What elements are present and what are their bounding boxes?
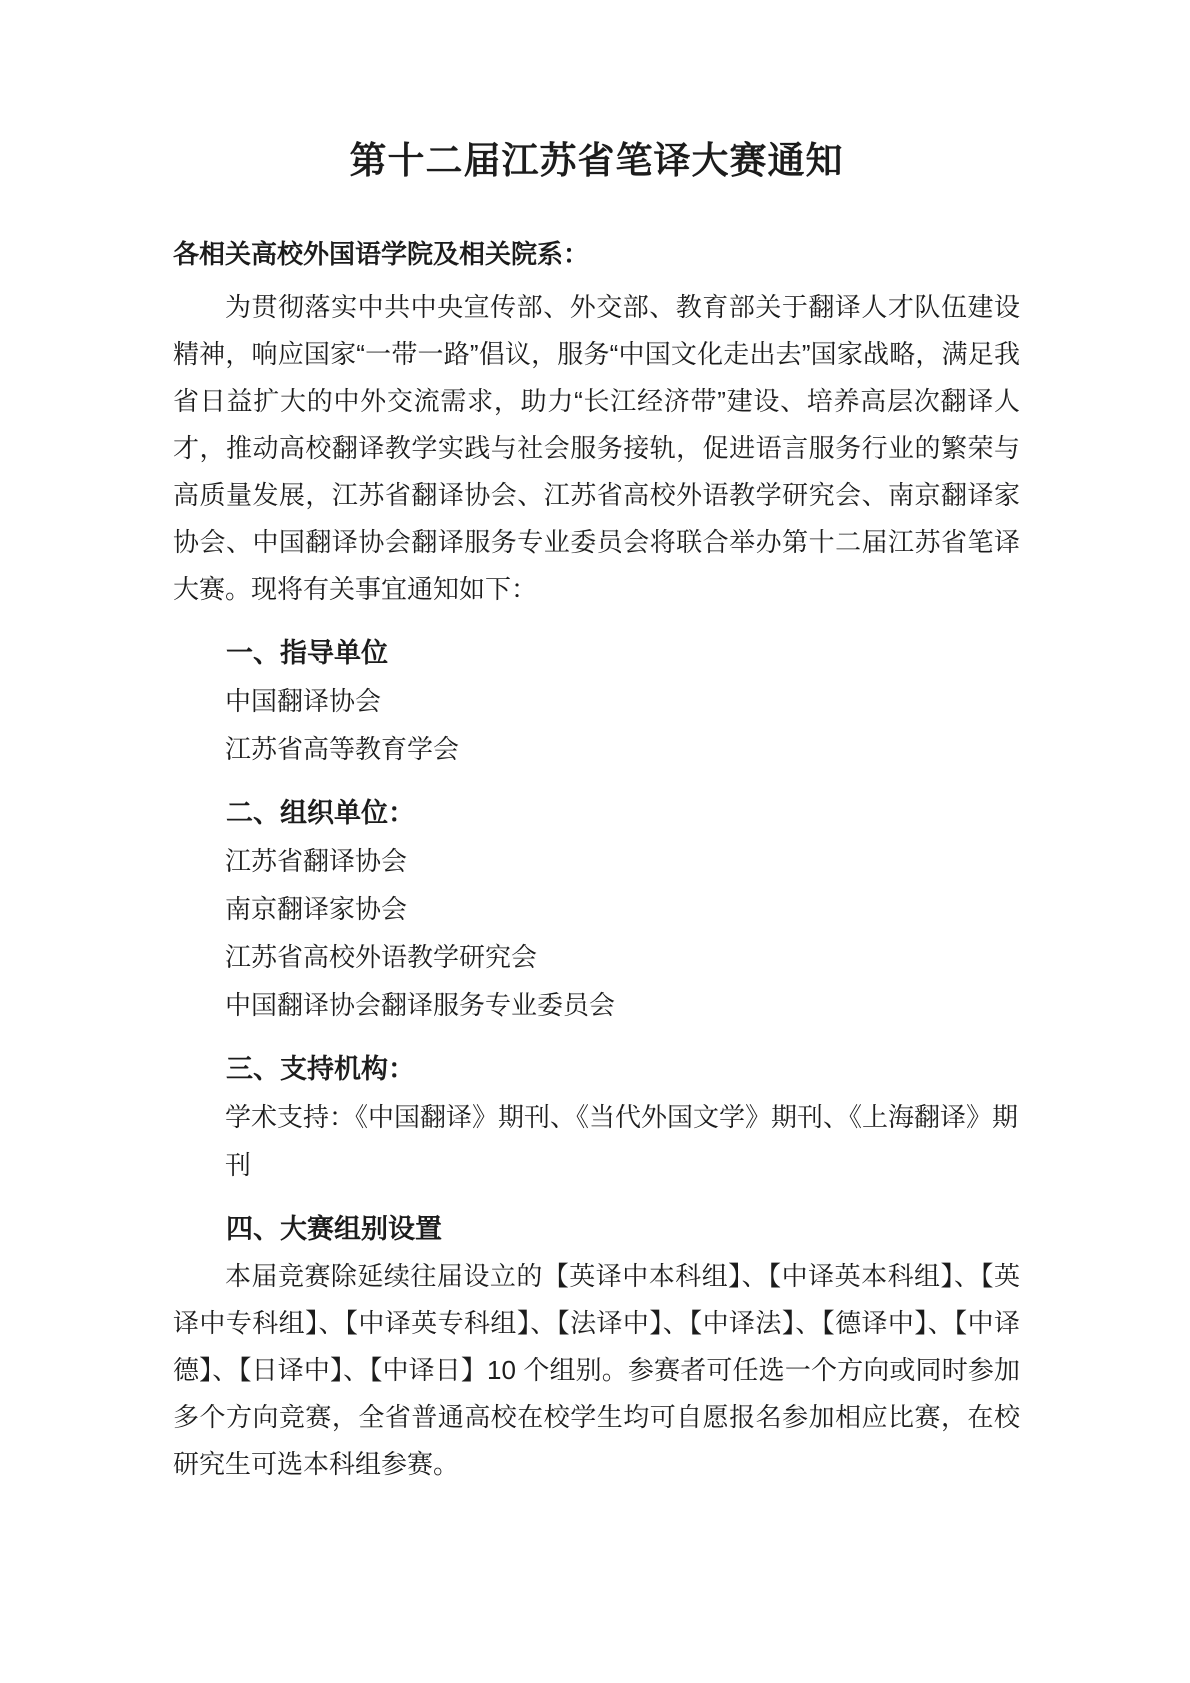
section-heading-competition-groups: 四、大赛组别设置 [173, 1205, 1020, 1253]
organizing-unit-item: 南京翻译家协会 [173, 885, 1020, 933]
academic-support-item: 学术支持：《中国翻译》期刊、《当代外国文学》期刊、《上海翻译》期刊 [173, 1093, 1020, 1189]
organizing-unit-item: 江苏省翻译协会 [173, 837, 1020, 885]
section-heading-supporting-institutions: 三、支持机构： [173, 1045, 1020, 1093]
competition-groups-paragraph: 本届竞赛除延续往届设立的【英译中本科组】、【中译英本科组】、【英译中专科组】、【… [173, 1253, 1020, 1488]
document-page: 第十二届江苏省笔译大赛通知 各相关高校外国语学院及相关院系： 为贯彻落实中共中央… [0, 0, 1190, 1683]
salutation-line: 各相关高校外国语学院及相关院系： [173, 230, 1020, 278]
organizing-unit-item: 中国翻译协会翻译服务专业委员会 [173, 981, 1020, 1029]
organizing-unit-item: 江苏省高校外语教学研究会 [173, 933, 1020, 981]
section-heading-organizing-units: 二、组织单位： [173, 789, 1020, 837]
guidance-unit-item: 中国翻译协会 [173, 677, 1020, 725]
page-title: 第十二届江苏省笔译大赛通知 [173, 136, 1020, 186]
section-heading-guidance-units: 一、指导单位 [173, 629, 1020, 677]
guidance-unit-item: 江苏省高等教育学会 [173, 725, 1020, 773]
intro-paragraph: 为贯彻落实中共中央宣传部、外交部、教育部关于翻译人才队伍建设精神，响应国家“一带… [173, 284, 1020, 613]
